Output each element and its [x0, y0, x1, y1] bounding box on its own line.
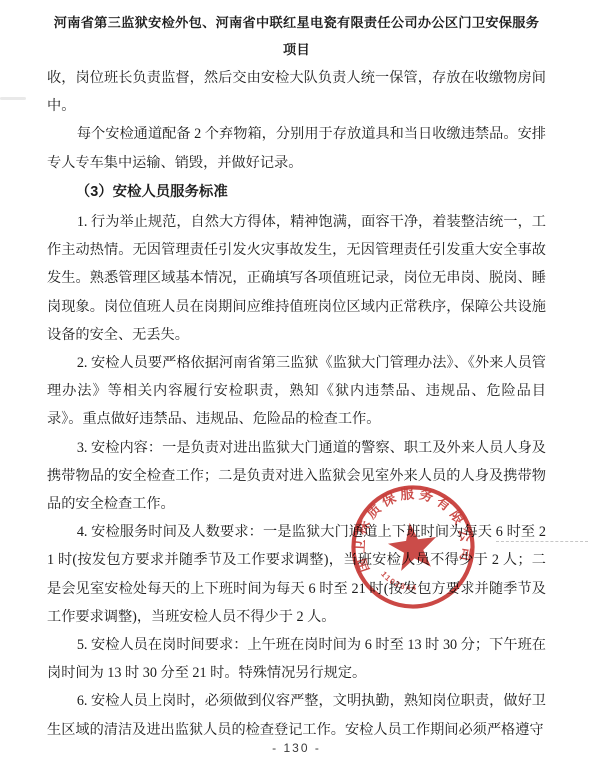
body-paragraph: 2. 安检人员要严格依据河南省第三监狱《监狱大门管理办法》、《外来人员管理办法》…	[47, 349, 546, 434]
body-paragraph: 1. 行为举止规范，自然大方得体，精神饱满，面容干净，着装整洁统一，工作主动热情…	[47, 208, 546, 349]
body-paragraph: 6. 安检人员上岗时，必须做到仪容严整，文明执勤，熟知岗位职责，做好卫生区域的清…	[47, 687, 546, 743]
scan-artifact-smudge	[0, 97, 26, 100]
body-paragraph: 4. 安检服务时间及人数要求：一是监狱大门通道上下班时间为每天 6 时至 21 …	[47, 518, 546, 631]
section-heading: （3）安检人员服务标准	[47, 178, 546, 206]
page-number: - 130 -	[0, 741, 593, 755]
scan-artifact-dashed-line	[496, 541, 588, 542]
body-paragraph: 3. 安检内容：一是负责对进出监狱大门通道的警察、职工及外来人员人身及携带物品的…	[47, 434, 546, 519]
body-paragraph-continuation: 收，岗位班长负责监督，然后交由安检大队负责人统一保管，存放在收缴物房间中。	[47, 64, 546, 120]
body-paragraph: 每个安检通道配备 2 个弃物箱，分别用于存放道具和当日收缴违禁品。安排专人专车集…	[47, 120, 546, 176]
document-title: 河南省第三监狱安检外包、河南省中联红星电瓷有限责任公司办公区门卫安保服务项目	[47, 9, 546, 63]
body-paragraph: 5. 安检人员在岗时间要求：上午班在岗时间为 6 时至 13 时 30 分；下午…	[47, 631, 546, 687]
document-page: 河南省第三监狱安检外包、河南省中联红星电瓷有限责任公司办公区门卫安保服务项目 收…	[0, 0, 593, 768]
document-body: 河南省第三监狱安检外包、河南省中联红星电瓷有限责任公司办公区门卫安保服务项目 收…	[0, 0, 593, 744]
